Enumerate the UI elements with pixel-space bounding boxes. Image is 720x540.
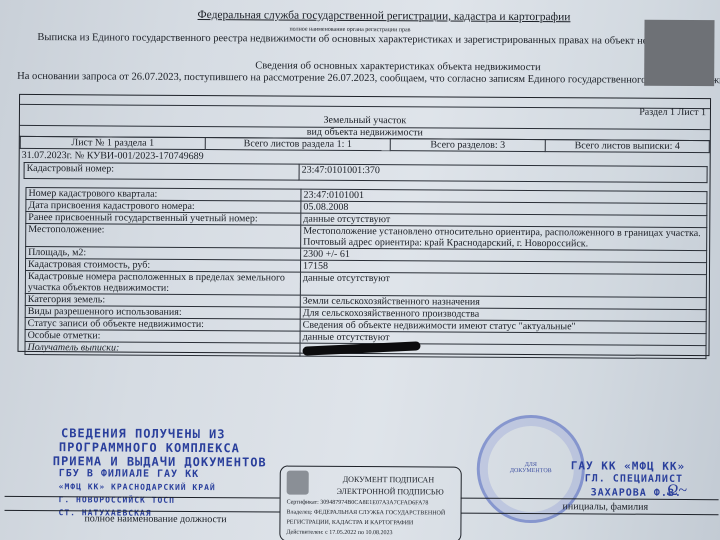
signer-stamp: ГАУ КК «МФЦ КК» ГЛ. СПЕЦИАЛИСТ ЗАХАРОВА … xyxy=(2,0,720,2)
mfc-stamp: СВЕДЕНИЯ ПОЛУЧЕНЫ ИЗ ПРОГРАММНОГО КОМПЛЕ… xyxy=(2,0,720,2)
section-title: Сведения об основных характеристиках объ… xyxy=(255,60,540,73)
cadastral-number-table: Кадастровый номер: 23:47:0101001:370 xyxy=(24,162,708,183)
agency-name: Федеральная служба государственной регис… xyxy=(198,9,571,23)
extract-document: Федеральная служба государственной регис… xyxy=(0,0,720,540)
fields-table: Номер кадастрового квартала:23:47:010100… xyxy=(24,187,707,359)
total-sheets-extract: Всего листов выписки: 4 xyxy=(545,140,709,153)
coat-of-arms-icon xyxy=(287,471,309,495)
initials-caption: инициалы, фамилия xyxy=(563,501,649,513)
document-number: 31.07.2023г. № КУВИ-001/2023-170749689 xyxy=(22,150,204,162)
recipient-value xyxy=(300,343,706,358)
e-signature-box: ДОКУМЕНТ ПОДПИСАН ЭЛЕКТРОННОЙ ПОДПИСЬЮ С… xyxy=(279,466,461,540)
table-row: Кадастровые номера расположенных в преде… xyxy=(25,270,706,297)
main-table: Раздел 1 Лист 1 Земельный участок вид об… xyxy=(17,94,711,356)
total-sections: Всего разделов: 3 xyxy=(390,139,545,152)
position-caption: полное наименование должности xyxy=(84,513,226,525)
cadastral-number-label: Кадастровый номер: xyxy=(24,162,299,180)
sheet-number: Лист № 1 раздела 1 xyxy=(20,136,205,149)
request-basis: На основании запроса от 26.07.2023, пост… xyxy=(17,71,720,87)
handwritten-signature: Ω~ xyxy=(667,482,687,500)
redacted-qr-area xyxy=(644,20,714,86)
initials-line-2 xyxy=(461,513,719,516)
table-row: Получатель выписки: xyxy=(25,341,706,358)
agency-caption: полное наименование органа регистрации п… xyxy=(289,27,410,34)
extract-title: Выписка из Единого государственного реес… xyxy=(37,32,703,47)
redaction-mark xyxy=(302,341,420,355)
total-sheets-section: Всего листов раздела 1: 1 xyxy=(205,138,390,151)
top-blank-row xyxy=(20,95,710,109)
cadastral-number-value: 23:47:0101001:370 xyxy=(299,164,707,182)
